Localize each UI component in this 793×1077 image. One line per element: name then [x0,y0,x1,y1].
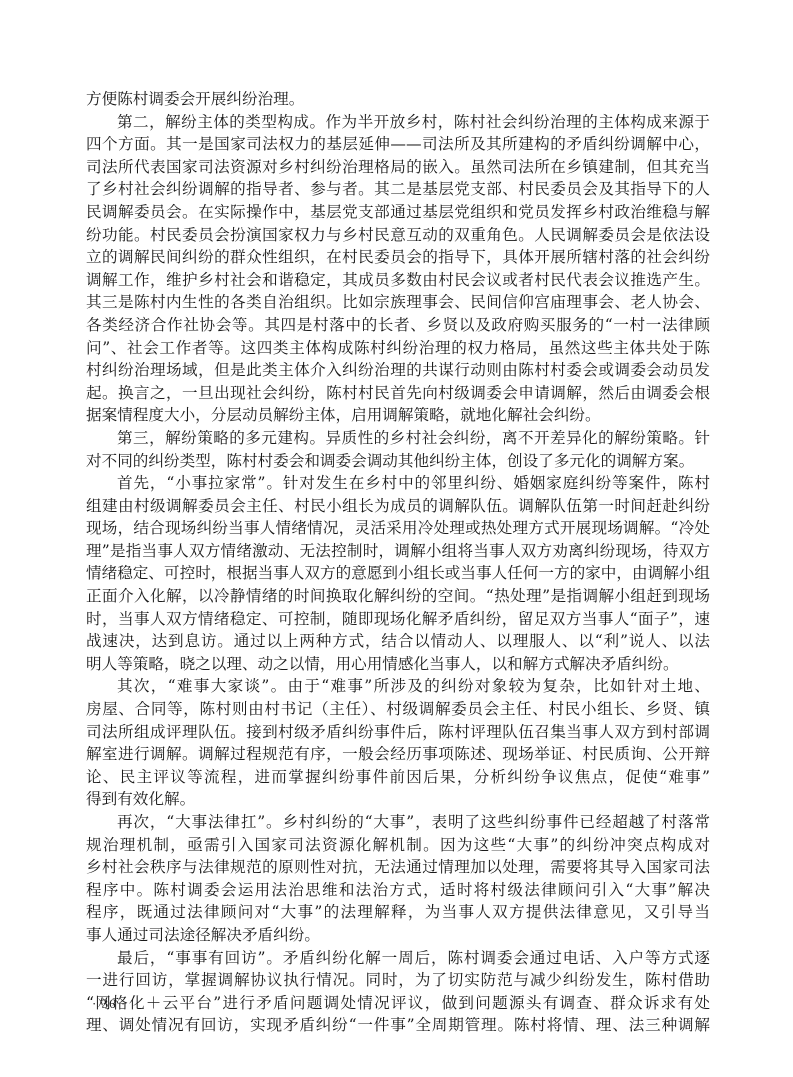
text-line: 第三，解纷策略的多元建构。异质性的乡村社会纠纷，离不开差异化的解纷策略。针 [86,427,710,450]
text-line: 明人等策略，晓之以理、动之以情，用心用情感化当事人，以和解方式解决矛盾纠纷。 [86,653,710,676]
text-line: 民调解委员会。在实际操作中，基层党支部通过基层党组织和党员发挥乡村政治维稳与解 [86,201,710,224]
text-line: 情绪稳定、可控时，根据当事人双方的意愿到小组长或当事人任何一方的家中，由调解小组 [86,562,710,585]
paragraph: 其次，“难事大家谈”。由于“难事”所涉及的纠纷对象较为复杂，比如针对土地、房屋、… [86,675,710,811]
text-line: 理、调处情况有回访，实现矛盾纠纷“一件事”全周期管理。陈村将情、理、法三种调解 [86,1014,710,1037]
paragraph: 再次，“大事法律扛”。乡村纠纷的“大事”，表明了这些纠纷事件已经超越了村落常规治… [86,811,710,947]
text-line: 各类经济合作社协会等。其四是村落中的长者、乡贤以及政府购买服务的“一村一法律顾 [86,314,710,337]
text-line: 了乡村社会纠纷调解的指导者、参与者。其二是基层党支部、村民委员会及其指导下的人 [86,178,710,201]
paragraph: 方便陈村调委会开展纠纷治理。 [86,88,710,111]
text-line: 乡村社会秩序与法律规范的原则性对抗，无法通过情理加以处理，需要将其导入国家司法 [86,856,710,879]
paragraph: 第三，解纷策略的多元建构。异质性的乡村社会纠纷，离不开差异化的解纷策略。针对不同… [86,427,710,472]
text-line: 论、民主评议等流程，进而掌握纠纷事件前因后果，分析纠纷争议焦点，促使“难事” [86,766,710,789]
text-line: 事人通过司法途径解决矛盾纠纷。 [86,924,710,947]
text-line: 正面介入化解，以冷静情绪的时间换取化解纠纷的空间。“热处理”是指调解小组赶到现场 [86,585,710,608]
paragraph: 第二，解纷主体的类型构成。作为半开放乡村，陈村社会纠纷治理的主体构成来源于四个方… [86,111,710,427]
text-line: 调解工作，维护乡村社会和谐稳定，其成员多数由村民会议或者村民代表会议推选产生。 [86,269,710,292]
text-line: 组建由村级调解委员会主任、村民小组长为成员的调解队伍。调解队伍第一时间赶赴纠纷 [86,495,710,518]
text-line: 起。换言之，一旦出现社会纠纷，陈村村民首先向村级调委会申请调解，然后由调委会根 [86,382,710,405]
text-line: 第二，解纷主体的类型构成。作为半开放乡村，陈村社会纠纷治理的主体构成来源于 [86,111,710,134]
text-line: 立的调解民间纠纷的群众性组织，在村民委员会的指导下，具体开展所辖村落的社会纠纷 [86,246,710,269]
text-line: 时，当事人双方情绪稳定、可控制，随即现场化解矛盾纠纷，留足双方当事人“面子”，速 [86,608,710,631]
text-line: 理”是指当事人双方情绪激动、无法控制时，调解小组将当事人双方劝离纠纷现场，待双方 [86,540,710,563]
text-line: 对不同的纠纷类型，陈村村委会和调委会调动其他纠纷主体，创设了多元化的调解方案。 [86,450,710,473]
text-line: 首先，“小事拉家常”。针对发生在乡村中的邻里纠纷、婚姻家庭纠纷等案件，陈村 [86,472,710,495]
text-line: “网格化＋云平台”进行矛盾问题调处情况评议，做到问题源头有调查、群众诉求有处 [86,992,710,1015]
paragraph: 最后，“事事有回访”。矛盾纠纷化解一周后，陈村调委会通过电话、入户等方式逐一进行… [86,947,710,1037]
text-line: 再次，“大事法律扛”。乡村纠纷的“大事”，表明了这些纠纷事件已经超越了村落常 [86,811,710,834]
text-line: 战速决，达到息访。通过以上两种方式，结合以情动人、以理服人、以“利”说人、以法 [86,630,710,653]
text-line: 房屋、合同等，陈村则由村书记（主任）、村级调解委员会主任、村民小组长、乡贤、镇 [86,698,710,721]
text-line: 问”、社会工作者等。这四类主体构成陈村纠纷治理的权力格局，虽然这些主体共处于陈 [86,337,710,360]
text-line: 解室进行调解。调解过程规范有序，一般会经历事项陈述、现场举证、村民质询、公开辩 [86,743,710,766]
text-line: 规治理机制，亟需引入国家司法资源化解机制。因为这些“大事”的纠纷冲突点构成对 [86,834,710,857]
text-line: 纷功能。村民委员会扮演国家权力与乡村民意互动的双重角色。人民调解委员会是依法设 [86,224,710,247]
text-line: 方便陈村调委会开展纠纷治理。 [86,88,710,111]
text-line: 司法所组成评理队伍。接到村级矛盾纠纷事件后，陈村评理队伍召集当事人双方到村部调 [86,721,710,744]
text-line: 最后，“事事有回访”。矛盾纠纷化解一周后，陈村调委会通过电话、入户等方式逐 [86,947,710,970]
text-line: 其三是陈村内生性的各类自治组织。比如宗族理事会、民间信仰宫庙理事会、老人协会、 [86,291,710,314]
paragraph: 首先，“小事拉家常”。针对发生在乡村中的邻里纠纷、婚姻家庭纠纷等案件，陈村组建由… [86,472,710,675]
text-line: 司法所代表国家司法资源对乡村纠纷治理格局的嵌入。虽然司法所在乡镇建制，但其充当 [86,156,710,179]
text-line: 程序，既通过法律顾问对“大事”的法理解释，为当事人双方提供法律意见，又引导当 [86,901,710,924]
text-line: 程序中。陈村调委会运用法治思维和法治方式，适时将村级法律顾问引入“大事”解决 [86,879,710,902]
text-line: 据案情程度大小，分层动员解纷主体，启用调解策略，就地化解社会纠纷。 [86,404,710,427]
text-line: 现场，结合现场纠纷当事人情绪情况，灵活采用冷处理或热处理方式开展现场调解。“冷处 [86,517,710,540]
text-line: 四个方面。其一是国家司法权力的基层延伸——司法所及其所建构的矛盾纠纷调解中心， [86,133,710,156]
text-line: 一进行回访，掌握调解协议执行情况。同时，为了切实防范与减少纠纷发生，陈村借助 [86,969,710,992]
page-number: · 36 · [92,996,126,1012]
document-body: 方便陈村调委会开展纠纷治理。第二，解纷主体的类型构成。作为半开放乡村，陈村社会纠… [86,88,710,1037]
text-line: 其次，“难事大家谈”。由于“难事”所涉及的纠纷对象较为复杂，比如针对土地、 [86,675,710,698]
text-line: 村纠纷治理场域，但是此类主体介入纠纷治理的共谋行动则由陈村村委会或调委会动员发 [86,359,710,382]
text-line: 得到有效化解。 [86,788,710,811]
